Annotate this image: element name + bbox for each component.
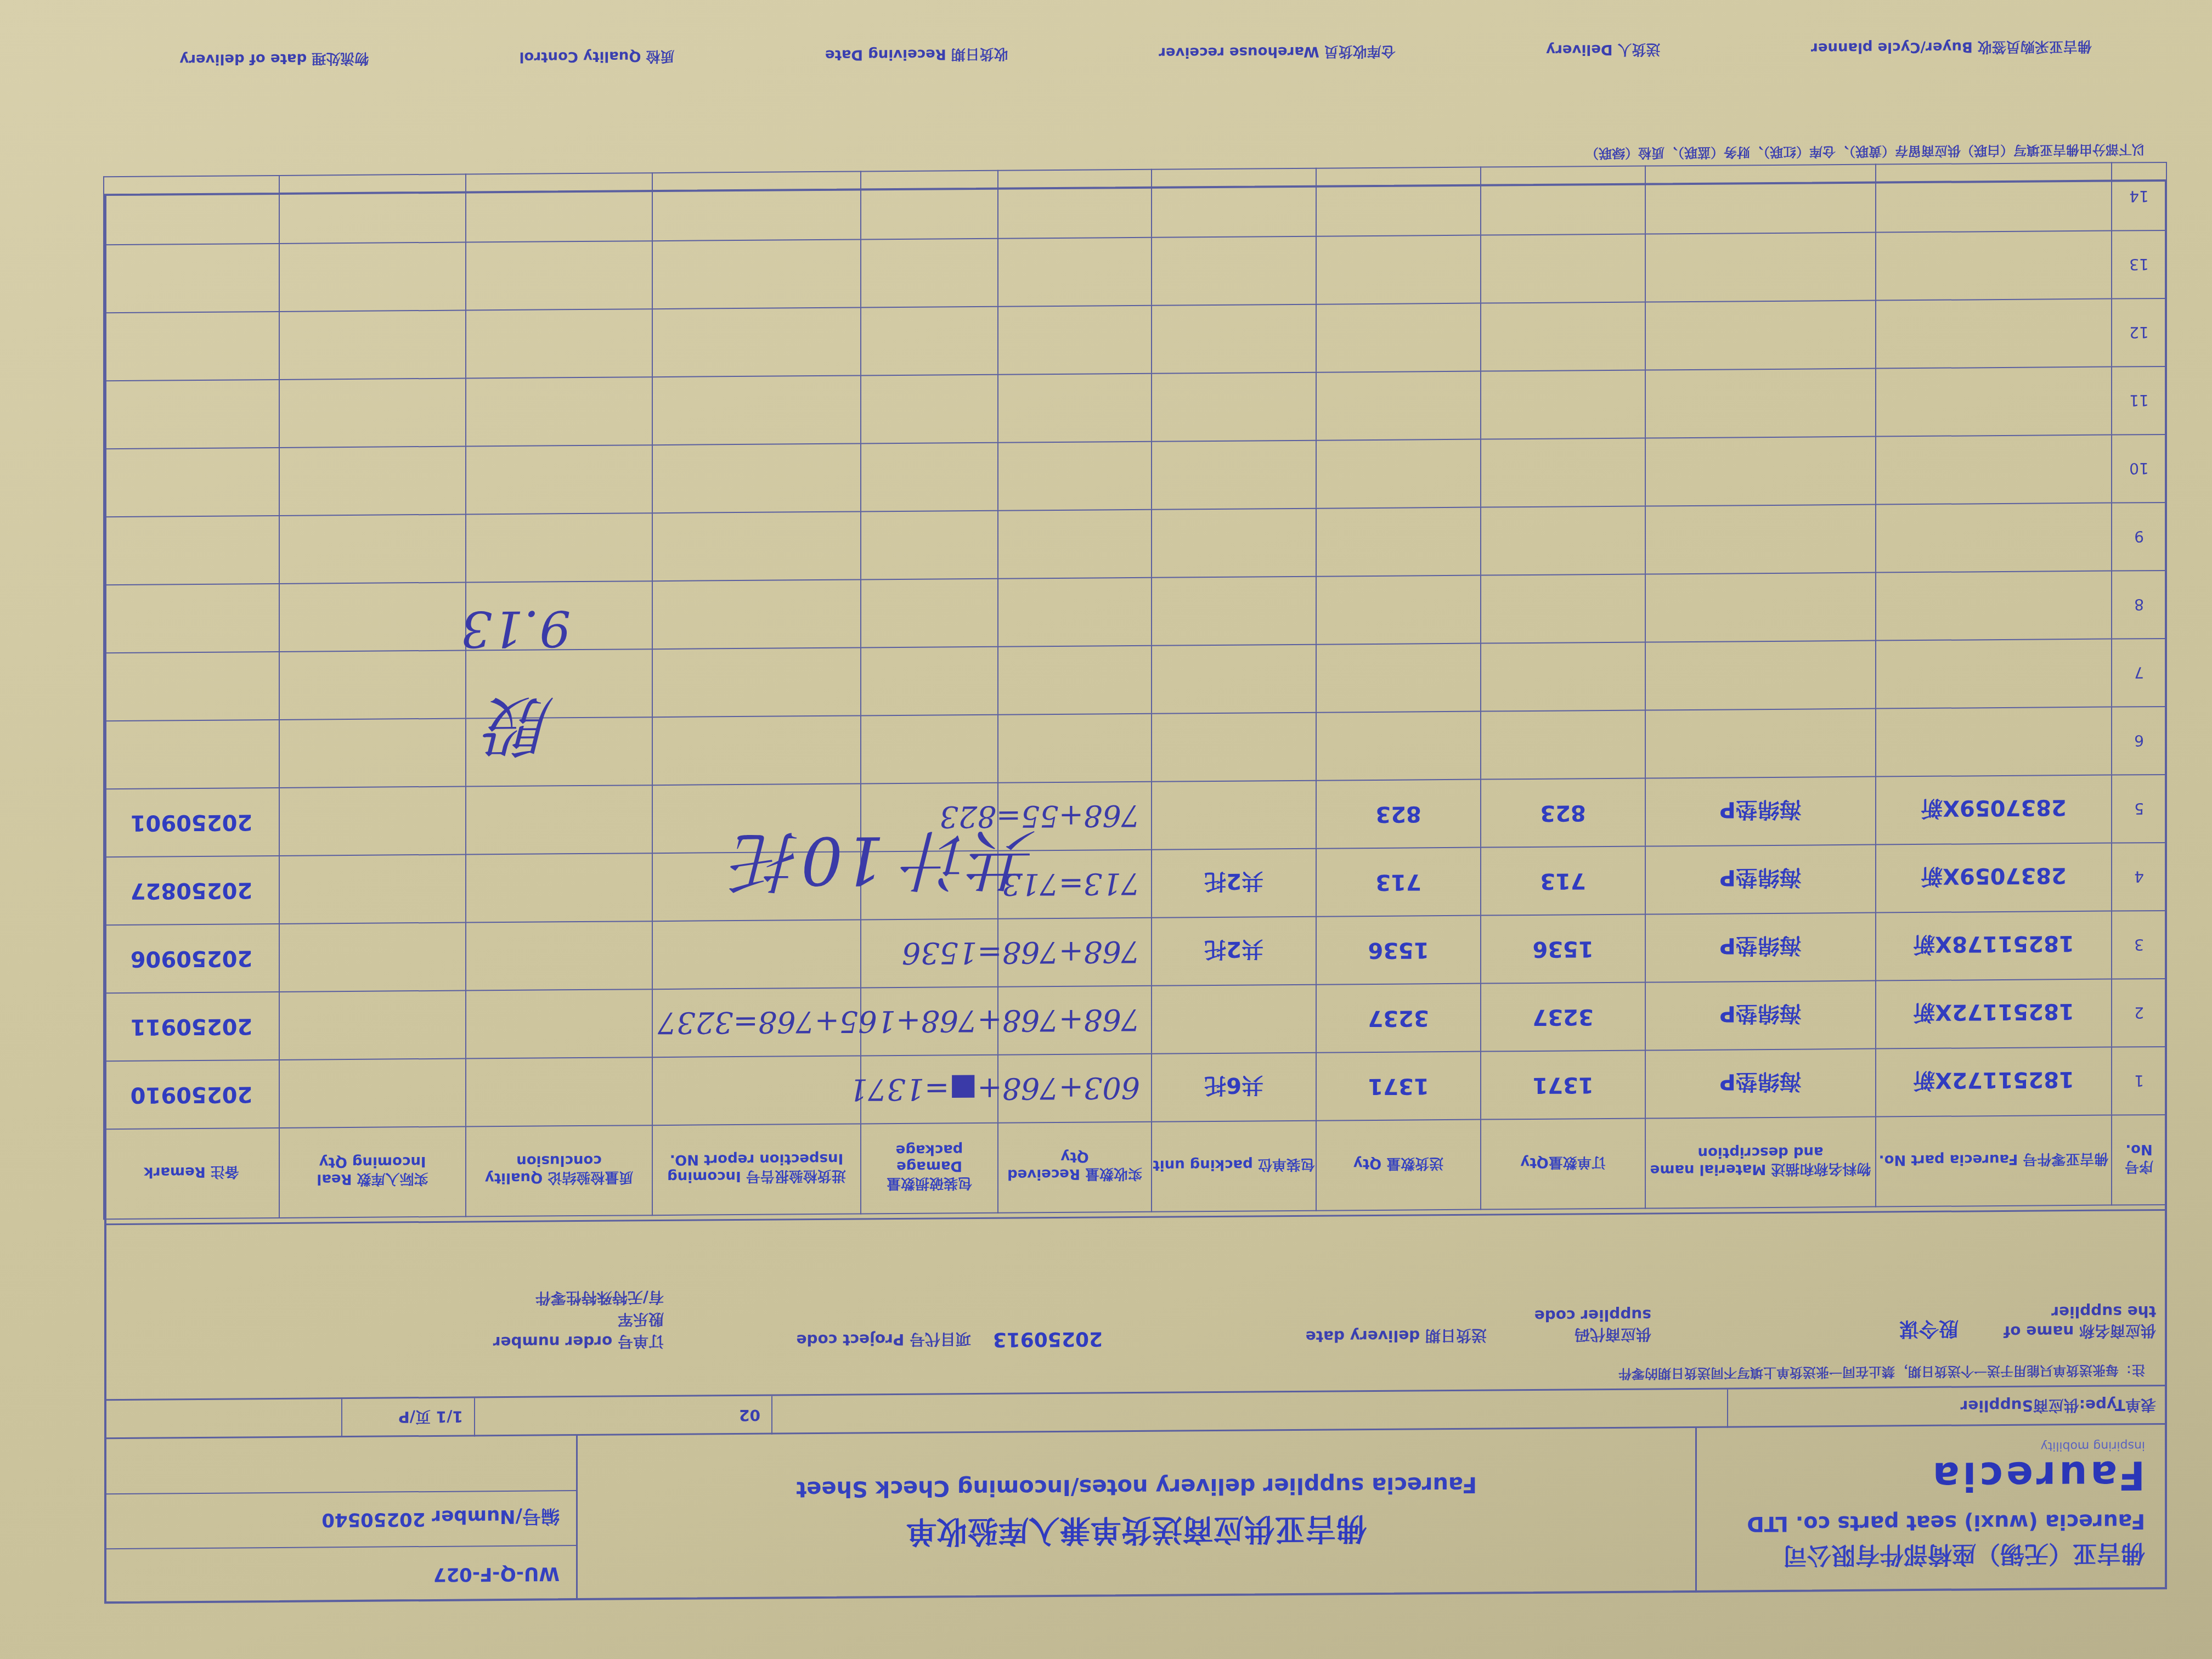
table-row: 12: [104, 298, 2166, 381]
project-code-label: 项目代号 Project code: [675, 1219, 982, 1364]
table-row: 8: [104, 571, 2166, 653]
cell-received: [998, 578, 1152, 647]
cell-remark: [104, 448, 279, 517]
cell-received: [998, 442, 1152, 511]
cell-part: [1876, 299, 2112, 369]
cell-delivery-qty: [1316, 371, 1481, 441]
table-row: 7: [104, 639, 2166, 721]
cell-real-qty: [279, 515, 466, 584]
cell-report: [652, 171, 861, 241]
cell-real-qty: [279, 787, 466, 856]
cell-report: [652, 375, 861, 445]
cell-remark: [104, 720, 279, 789]
table-row: 11: [104, 366, 2166, 449]
cell-remark: [104, 584, 279, 653]
cell-material: 海绵垫P: [1645, 777, 1876, 847]
cell-material: 海绵垫P: [1645, 1049, 1876, 1119]
table-row: 42837059X新海绵垫P713713共2托713=71320250827: [104, 843, 2166, 925]
cell-damage: [861, 511, 998, 580]
cell-quality: [466, 309, 652, 378]
form-type: 表单Type:供应商Supplier: [1727, 1386, 2167, 1428]
cell-real-qty: [279, 1059, 466, 1128]
cell-damage: [861, 307, 998, 376]
cell-delivery-qty: [1316, 235, 1481, 304]
cell-real-qty: [279, 719, 466, 788]
cell-damage: [861, 443, 998, 512]
form-spacer: [771, 1389, 1727, 1434]
supplier-name: 殷令谋: [1662, 1212, 1970, 1357]
form-number-value: 20250540: [321, 1508, 425, 1531]
cell-order-qty: 1536: [1481, 915, 1645, 984]
cell-part: 18251178X新: [1876, 911, 2112, 981]
cell-no: 14: [2112, 162, 2166, 231]
col-received-qty: 实收数量 Received Qty: [998, 1122, 1152, 1213]
cell-damage: [861, 579, 998, 648]
cell-no: 8: [2112, 571, 2166, 639]
col-delivery-qty: 送货数量 Qty: [1316, 1120, 1481, 1211]
cell-real-qty: [279, 311, 466, 380]
form-title-en: Faurecia supplier delivery notes/Incomin…: [796, 1472, 1477, 1502]
cell-order-qty: [1481, 166, 1645, 235]
sig-quality: 质检 Quality Control: [520, 47, 675, 69]
cell-no: 9: [2112, 503, 2166, 571]
cell-remark: 20250827: [104, 856, 279, 925]
cell-order-qty: 1371: [1481, 1051, 1645, 1120]
cell-no: 13: [2112, 230, 2166, 299]
cell-real-qty: [279, 855, 466, 924]
form-version: 02: [474, 1396, 771, 1437]
sig-buyer: 佛吉亚采购员签收 Buyer/Cycle planner: [1811, 37, 2092, 60]
cell-damage: [861, 375, 998, 444]
cell-delivery-qty: 823: [1316, 780, 1481, 849]
cell-material: [1645, 505, 1876, 574]
cell-real-qty: [279, 447, 466, 516]
delivery-date-label: 送货日期 delivery date: [1114, 1215, 1498, 1361]
cell-remark: [104, 312, 279, 381]
cell-order-qty: 823: [1481, 778, 1645, 848]
cell-packing: [1152, 441, 1316, 510]
cell-part: 18251172X新: [1876, 979, 2112, 1049]
cell-quality: [466, 445, 652, 514]
cell-real-qty: [279, 991, 466, 1060]
cell-report: [652, 579, 861, 649]
supplier-code-label: 供应商代码 supplier code: [1498, 1214, 1662, 1358]
sheet-header: 佛吉亚（无锡）座椅部件有限公司 Faurecia (wuxi) seat par…: [104, 1423, 2167, 1604]
brand-logo: Faurecia: [1719, 1452, 2145, 1501]
cell-packing: [1152, 373, 1316, 442]
cell-delivery-qty: 3237: [1316, 984, 1481, 1053]
special-characteristic-flag: 有/无特殊特性零件: [535, 1288, 664, 1307]
cell-delivery-qty: [1316, 575, 1481, 645]
cell-remark: [104, 244, 279, 313]
col-remark: 备注 Remark: [104, 1128, 279, 1219]
col-report-no: 进货检验报告号 Incoming Inspection report NO.: [652, 1124, 861, 1215]
cell-delivery-qty: 1371: [1316, 1052, 1481, 1121]
order-number-label: 订单号 order number: [493, 1332, 664, 1351]
cell-delivery-qty: [1316, 439, 1481, 509]
cell-material: [1645, 165, 1876, 234]
cell-material: [1645, 641, 1876, 710]
form-code: WU-Q-F-027: [104, 1545, 576, 1604]
cell-report: [652, 1056, 861, 1125]
cell-report: [652, 647, 861, 717]
cell-packing: [1152, 577, 1316, 646]
cell-packing: 共6托: [1152, 1053, 1316, 1122]
cell-packing: [1152, 236, 1316, 306]
cell-delivery-qty: 713: [1316, 848, 1481, 917]
cell-packing: [1152, 645, 1316, 714]
cell-packing: 共2托: [1152, 849, 1316, 918]
cell-real-qty: [279, 174, 466, 244]
cell-damage: [861, 647, 998, 716]
cell-material: [1645, 369, 1876, 438]
company-name-cn: 佛吉亚（无锡）座椅部件有限公司: [1719, 1538, 2145, 1576]
cell-packing: [1152, 509, 1316, 578]
cell-delivery-qty: [1316, 167, 1481, 236]
cell-report: [652, 919, 861, 989]
cell-quality: [466, 921, 652, 990]
company-name-en: Faurecia (wuxi) seat parts co. LTD: [1719, 1509, 2145, 1536]
col-packing-unit: 包装单位 packing unit: [1152, 1121, 1316, 1212]
cell-quality: [466, 513, 652, 582]
cell-real-qty: [279, 242, 466, 312]
cell-quality: [466, 1057, 652, 1126]
cell-real-qty: [279, 923, 466, 992]
cell-real-qty: [279, 651, 466, 720]
cell-no: 2: [2112, 979, 2166, 1047]
cell-no: 12: [2112, 298, 2166, 367]
form-meta: WU-Q-F-027 编号/Number 20250540: [104, 1436, 576, 1604]
cell-no: 7: [2112, 639, 2166, 707]
special-flag: 订单号 order number殷乐军有/无特殊特性零件: [126, 1221, 675, 1368]
cell-quality: [466, 241, 652, 310]
cell-remark: 20250901: [104, 788, 279, 857]
cell-packing: [1152, 304, 1316, 374]
cell-no: 10: [2112, 435, 2166, 503]
cell-order-qty: [1481, 642, 1645, 712]
table-row: 14: [104, 162, 2166, 245]
cell-order-qty: [1481, 574, 1645, 644]
cell-packing: [1152, 781, 1316, 850]
cell-no: 11: [2112, 366, 2166, 435]
cell-received: [998, 306, 1152, 375]
cell-order-qty: [1481, 710, 1645, 780]
col-no: 序号 No.: [2112, 1115, 2166, 1205]
cell-material: 海绵垫P: [1645, 913, 1876, 983]
form-page: 1/1 页/P: [341, 1398, 474, 1437]
cell-no: 6: [2112, 707, 2166, 775]
cell-received: 768+768=1536: [998, 918, 1152, 987]
cell-damage: [861, 239, 998, 308]
cell-order-qty: [1481, 370, 1645, 439]
cell-received: [998, 646, 1152, 715]
table-row: 13: [104, 230, 2166, 313]
cell-quality: [466, 989, 652, 1058]
supplier-name-label: 供应商名称 name of the supplier: [1970, 1211, 2167, 1355]
cell-order-qty: [1481, 302, 1645, 371]
cell-remark: [104, 652, 279, 721]
cell-material: 海绵垫P: [1645, 981, 1876, 1051]
handwritten-total: 共计 10托: [735, 817, 1037, 913]
delivery-check-sheet: 佛吉亚（无锡）座椅部件有限公司 Faurecia (wuxi) seat par…: [104, 179, 2167, 1604]
table-row: 10: [104, 435, 2166, 517]
cell-report: [652, 443, 861, 513]
cell-material: [1645, 709, 1876, 778]
cell-material: [1645, 233, 1876, 302]
cell-remark: [104, 516, 279, 585]
cell-order-qty: [1481, 234, 1645, 303]
cell-material: [1645, 437, 1876, 506]
cell-order-qty: 713: [1481, 847, 1645, 916]
cell-part: 2837059X新: [1876, 775, 2112, 845]
incoming-items-table: 序号 No. 佛吉亚零件号 Faurecia part No. 物料名称和描述 …: [103, 162, 2167, 1220]
cell-delivery-qty: [1316, 644, 1481, 713]
cell-part: [1876, 231, 2112, 301]
cell-no: 1: [2112, 1047, 2166, 1115]
delivery-date: 20250913: [982, 1218, 1114, 1362]
table-header-row: 序号 No. 佛吉亚零件号 Faurecia part No. 物料名称和描述 …: [104, 1115, 2166, 1219]
cell-part: [1876, 571, 2112, 641]
table-row: 118251172X新海绵垫P13711371共6托603+768+■=1371…: [104, 1047, 2166, 1129]
cell-material: [1645, 301, 1876, 370]
sig-warehouse: 仓库收货员 Warehouse receiver: [1159, 42, 1396, 64]
cell-delivery-qty: [1316, 303, 1481, 373]
cell-material: 海绵垫P: [1645, 845, 1876, 915]
cell-quality: [466, 173, 652, 242]
cell-remark: 20250906: [104, 924, 279, 993]
cell-part: [1876, 367, 2112, 437]
cell-material: [1645, 573, 1876, 642]
cell-part: [1876, 503, 2112, 573]
col-order-qty: 订单数量Qty: [1481, 1119, 1645, 1210]
cell-report: [652, 239, 861, 309]
table-body: 118251172X新海绵垫P13711371共6托603+768+■=1371…: [104, 162, 2166, 1129]
table-row: 52837059X新海绵垫P823823768+55=82320250901: [104, 775, 2166, 857]
cell-packing: [1152, 985, 1316, 1054]
cell-packing: [1152, 713, 1316, 782]
handwritten-date: 9.13: [461, 599, 571, 657]
cell-real-qty: [279, 583, 466, 652]
col-real-qty: 实际入库数 Real Incoming Qty: [279, 1127, 466, 1218]
form-blank: [104, 1436, 576, 1493]
cell-packing: [1152, 168, 1316, 238]
form-number-label: 编号/Number: [432, 1505, 560, 1533]
cell-quality: [466, 785, 652, 854]
cell-report: [652, 511, 861, 581]
cell-part: [1876, 435, 2112, 505]
cell-received: [998, 510, 1152, 579]
cell-report: [652, 307, 861, 377]
cell-damage: [861, 715, 998, 784]
col-quality: 质量检验结论 Quality conclusion: [466, 1125, 652, 1216]
cell-part: [1876, 639, 2112, 709]
supplier-info: 供应商名称 name of the supplier 殷令谋 供应商代码 sup…: [104, 1209, 2167, 1368]
company-block: 佛吉亚（无锡）座椅部件有限公司 Faurecia (wuxi) seat par…: [1695, 1425, 2167, 1593]
cell-delivery-qty: [1316, 507, 1481, 577]
cell-received: [998, 374, 1152, 443]
cell-order-qty: 3237: [1481, 983, 1645, 1052]
cell-delivery-qty: [1316, 712, 1481, 781]
cell-part: 18251172X新: [1876, 1047, 2112, 1117]
col-material: 物料名称和描述 Material name and description: [1645, 1117, 1876, 1209]
cell-received: [998, 714, 1152, 783]
cell-received: [998, 170, 1152, 239]
cell-received: 603+768+■=1371: [998, 1054, 1152, 1123]
table-row: 9: [104, 503, 2166, 585]
cell-no: 4: [2112, 843, 2166, 911]
cell-damage: [861, 171, 998, 240]
cell-received: [998, 238, 1152, 307]
cell-part: [1876, 707, 2112, 777]
cell-delivery-qty: 1536: [1316, 916, 1481, 985]
cell-order-qty: [1481, 506, 1645, 575]
sig-delivery: 送货人 Delivery: [1546, 40, 1660, 61]
cell-packing: 共2托: [1152, 917, 1316, 986]
cell-quality: [466, 377, 652, 446]
handwritten-signature: 殷: [488, 683, 554, 778]
form-title-cn: 佛吉亚供应商送货单兼入库验收单: [906, 1509, 1367, 1556]
sig-receiving-date: 收货日期 Receiving Date: [825, 45, 1008, 66]
cell-order-qty: [1481, 438, 1645, 507]
cell-remark: 20250911: [104, 992, 279, 1061]
cell-real-qty: [279, 379, 466, 448]
cell-remark: [104, 176, 279, 245]
form-title-block: 佛吉亚供应商送货单兼入库验收单 Faurecia supplier delive…: [576, 1428, 1695, 1600]
table-row: 318251178X新海绵垫P15361536共2托768+768=153620…: [104, 911, 2166, 993]
cell-received: 768+768+768+165+768=3237: [998, 986, 1152, 1055]
cell-remark: [104, 380, 279, 449]
sig-logistics: 物流处理 date of delivery: [179, 49, 369, 71]
table-row: 6: [104, 707, 2166, 789]
cell-part: [1876, 163, 2112, 233]
supplier-contact: 殷乐军: [618, 1310, 664, 1329]
cell-part: 2837059X新: [1876, 843, 2112, 913]
col-damage: 包装破损数量 Damage package: [861, 1123, 998, 1214]
col-part-no: 佛吉亚零件号 Faurecia part No.: [1876, 1115, 2112, 1207]
cell-no: 5: [2112, 775, 2166, 843]
cell-remark: 20250910: [104, 1060, 279, 1129]
form-number: 编号/Number 20250540: [104, 1490, 576, 1549]
cell-quality: [466, 853, 652, 922]
cell-no: 3: [2112, 911, 2166, 979]
cell-report: [652, 715, 861, 785]
table-row: 218251172X新海绵垫P32373237768+768+768+165+7…: [104, 979, 2166, 1061]
